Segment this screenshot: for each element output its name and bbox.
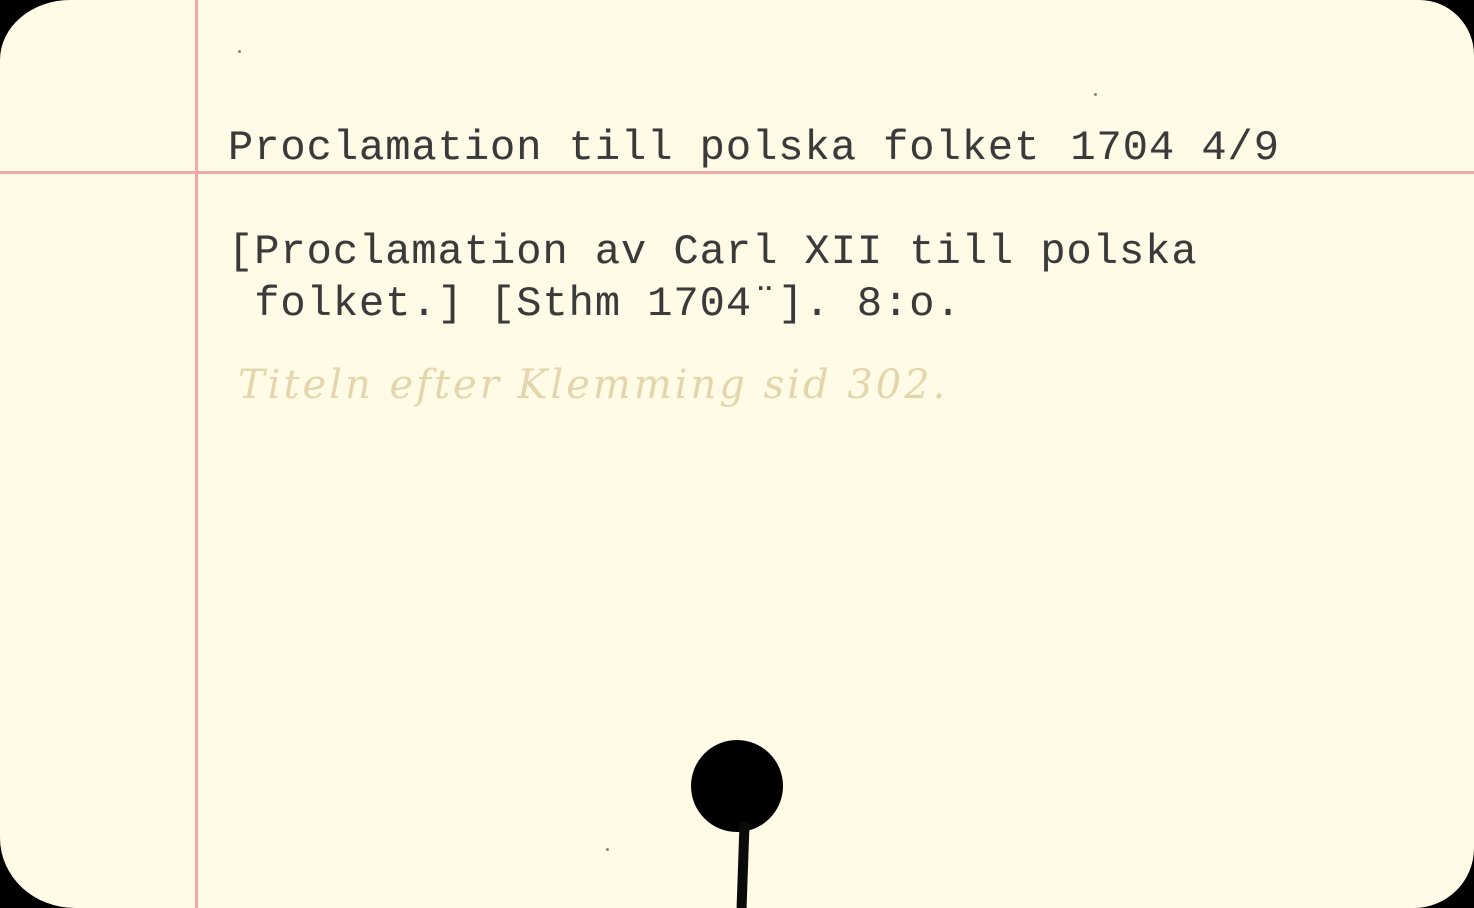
card-heading: Proclamation till polska folket1704 4/9	[228, 124, 1280, 172]
description-line-1: [Proclamation av Carl XII till polska	[228, 226, 1198, 278]
heading-date: 1704 4/9	[1070, 124, 1280, 172]
heading-title: Proclamation till polska folket	[228, 124, 1040, 172]
description-line-2: folket.] [Sthm 1704¨]. 8:o.	[228, 278, 962, 330]
paper-speck	[1094, 93, 1097, 96]
catalog-card: Proclamation till polska folket1704 4/9 …	[0, 0, 1474, 908]
vertical-margin-rule	[195, 0, 198, 908]
paper-speck	[238, 50, 241, 53]
binding-string	[736, 822, 749, 908]
punched-hole	[691, 740, 783, 832]
paper-speck	[606, 848, 609, 851]
handwritten-note: Titeln efter Klemming sid 302.	[238, 362, 948, 408]
